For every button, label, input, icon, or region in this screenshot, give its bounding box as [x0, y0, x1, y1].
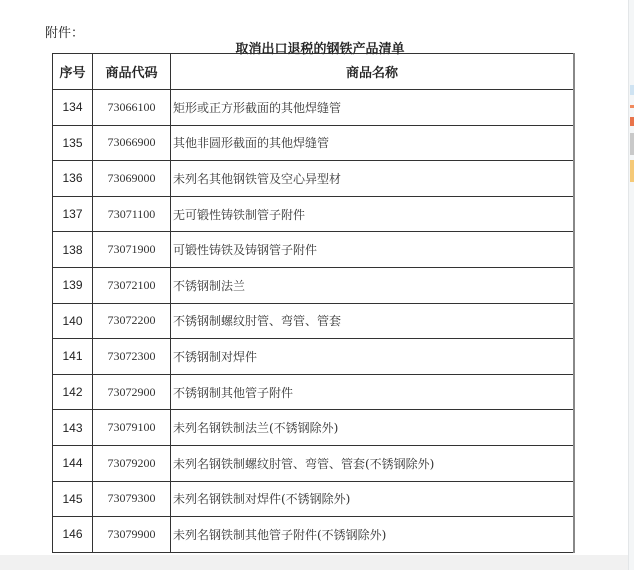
- side-accent-yellow: [630, 160, 634, 182]
- row-code: 73066900: [93, 125, 171, 161]
- table-row: 141 73072300 不锈钢制对焊件: [53, 339, 575, 375]
- row-code: 73071100: [93, 196, 171, 232]
- row-name: 未列名钢铁制对焊件(不锈钢除外): [171, 481, 575, 517]
- table-row: 143 73079100 未列名钢铁制法兰(不锈钢除外): [53, 410, 575, 446]
- steel-product-table: 序号 商品代码 商品名称 134 73066100 矩形或正方形截面的其他焊缝管…: [52, 53, 575, 553]
- side-accent-orange: [630, 105, 634, 108]
- document-page: 附件： 取消出口退税的钢铁产品清单 序号 商品代码 商品名称 134 73066…: [0, 0, 628, 555]
- row-seq: 138: [53, 232, 93, 268]
- row-name: 无可锻性铸铁制管子附件: [171, 196, 575, 232]
- row-name: 不锈钢制螺纹肘管、弯管、管套: [171, 303, 575, 339]
- row-code: 73071900: [93, 232, 171, 268]
- table-row: 138 73071900 可锻性铸铁及铸钢管子附件: [53, 232, 575, 268]
- row-name: 其他非圆形截面的其他焊缝管: [171, 125, 575, 161]
- row-code: 73072900: [93, 374, 171, 410]
- row-seq: 141: [53, 339, 93, 375]
- row-seq: 146: [53, 517, 93, 553]
- row-name: 未列名钢铁制其他管子附件(不锈钢除外): [171, 517, 575, 553]
- row-code: 73072100: [93, 267, 171, 303]
- row-seq: 139: [53, 267, 93, 303]
- row-seq: 144: [53, 445, 93, 481]
- row-code: 73066100: [93, 90, 171, 126]
- row-name: 未列名钢铁制螺纹肘管、弯管、管套(不锈钢除外): [171, 445, 575, 481]
- table-row: 144 73079200 未列名钢铁制螺纹肘管、弯管、管套(不锈钢除外): [53, 445, 575, 481]
- table-row: 139 73072100 不锈钢制法兰: [53, 267, 575, 303]
- side-accent-grey: [630, 133, 634, 155]
- side-accent-orange-dark: [630, 117, 634, 126]
- row-name: 不锈钢制法兰: [171, 267, 575, 303]
- row-name: 矩形或正方形截面的其他焊缝管: [171, 90, 575, 126]
- row-seq: 137: [53, 196, 93, 232]
- row-code: 73079200: [93, 445, 171, 481]
- row-seq: 142: [53, 374, 93, 410]
- row-name: 可锻性铸铁及铸钢管子附件: [171, 232, 575, 268]
- row-code: 73072200: [93, 303, 171, 339]
- table-row: 140 73072200 不锈钢制螺纹肘管、弯管、管套: [53, 303, 575, 339]
- table-header-row: 序号 商品代码 商品名称: [53, 54, 575, 90]
- table-row: 146 73079900 未列名钢铁制其他管子附件(不锈钢除外): [53, 517, 575, 553]
- viewer-side-scrollbar[interactable]: [628, 0, 634, 570]
- row-code: 73072300: [93, 339, 171, 375]
- header-name: 商品名称: [171, 54, 575, 90]
- table-row: 136 73069000 未列名其他钢铁管及空心异型材: [53, 161, 575, 197]
- row-name: 不锈钢制其他管子附件: [171, 374, 575, 410]
- table-row: 134 73066100 矩形或正方形截面的其他焊缝管: [53, 90, 575, 126]
- row-seq: 143: [53, 410, 93, 446]
- row-seq: 134: [53, 90, 93, 126]
- row-seq: 136: [53, 161, 93, 197]
- row-name: 不锈钢制对焊件: [171, 339, 575, 375]
- row-seq: 140: [53, 303, 93, 339]
- table-row: 145 73079300 未列名钢铁制对焊件(不锈钢除外): [53, 481, 575, 517]
- viewer-bottom-margin: [0, 555, 634, 570]
- table-row: 142 73072900 不锈钢制其他管子附件: [53, 374, 575, 410]
- attachment-label: 附件：: [45, 22, 84, 41]
- row-name: 未列名钢铁制法兰(不锈钢除外): [171, 410, 575, 446]
- header-seq: 序号: [53, 54, 93, 90]
- row-seq: 145: [53, 481, 93, 517]
- row-code: 73069000: [93, 161, 171, 197]
- header-code: 商品代码: [93, 54, 171, 90]
- table-row: 137 73071100 无可锻性铸铁制管子附件: [53, 196, 575, 232]
- row-code: 73079300: [93, 481, 171, 517]
- table-row: 135 73066900 其他非圆形截面的其他焊缝管: [53, 125, 575, 161]
- row-name: 未列名其他钢铁管及空心异型材: [171, 161, 575, 197]
- row-seq: 135: [53, 125, 93, 161]
- side-accent-blue: [630, 85, 634, 95]
- row-code: 73079100: [93, 410, 171, 446]
- row-code: 73079900: [93, 517, 171, 553]
